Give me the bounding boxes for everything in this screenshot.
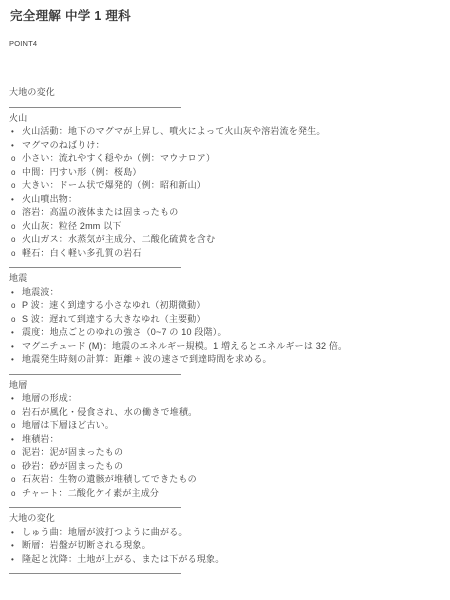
bullet-marker: o: [9, 206, 22, 220]
list-item: o 大きい：ドーム状で爆発的（例：昭和新山）: [9, 179, 436, 193]
document-title: 完全理解 中学 1 理科: [10, 9, 436, 24]
section-heading: 地震: [9, 272, 436, 286]
bullet-marker: o: [9, 313, 22, 327]
list-item-text: 大きい：ドーム状で爆発的（例：昭和新山）: [22, 179, 436, 193]
section-divider: [9, 107, 181, 108]
section-heading: 地層: [9, 379, 436, 393]
list-item: o 砂岩：砂が固まったもの: [9, 460, 436, 474]
list-item-text: 軽石：白く軽い多孔質の岩石: [22, 247, 436, 261]
list-item-text: チャート：二酸化ケイ素が主成分: [22, 487, 436, 501]
list-item: • 地震発生時刻の計算：距離 ÷ 波の速さで到達時間を求める。: [9, 353, 436, 367]
list-item: o P 波：速く到達する小さなゆれ（初期微動）: [9, 299, 436, 313]
bullet-marker: •: [9, 433, 22, 447]
section-list: • 地層の形成： o 岩石が風化・侵食され、水の働きで堆積。 o 地層は下層ほど…: [9, 392, 436, 500]
list-item: • 火山活動：地下のマグマが上昇し、噴火によって火山灰や溶岩流を発生。: [9, 125, 436, 139]
list-item-text: 火山噴出物：: [22, 193, 436, 207]
list-item-text: P 波：速く到達する小さなゆれ（初期微動）: [22, 299, 436, 313]
section-heading: 大地の変化: [9, 512, 436, 526]
list-item-text: 震度：地点ごとのゆれの強さ（0~7 の 10 段階）。: [22, 326, 436, 340]
list-item-text: しゅう曲：地層が波打つように曲がる。: [22, 526, 436, 540]
list-item-text: マグマのねばりけ：: [22, 139, 436, 153]
list-item: o 小さい：流れやすく穏やか（例：マウナロア）: [9, 152, 436, 166]
list-item-text: S 波：遅れて到達する大きなゆれ（主要動）: [22, 313, 436, 327]
section-list: • しゅう曲：地層が波打つように曲がる。 • 断層：岩盤が切断される現象。 • …: [9, 526, 436, 567]
bullet-marker: •: [9, 553, 22, 567]
section-divider: [9, 267, 181, 268]
section-list: • 地震波： o P 波：速く到達する小さなゆれ（初期微動） o S 波：遅れて…: [9, 286, 436, 367]
section-divider: [9, 374, 181, 375]
list-item: o 火山灰：粒径 2mm 以下: [9, 220, 436, 234]
list-item-text: 地震発生時刻の計算：距離 ÷ 波の速さで到達時間を求める。: [22, 353, 436, 367]
bullet-marker: o: [9, 233, 22, 247]
section: 地震 • 地震波： o P 波：速く到達する小さなゆれ（初期微動） o S 波：…: [9, 272, 436, 375]
bullet-marker: o: [9, 220, 22, 234]
list-item-text: 岩石が風化・侵食され、水の働きで堆積。: [22, 406, 436, 420]
list-item-text: 堆積岩：: [22, 433, 436, 447]
bullet-marker: o: [9, 446, 22, 460]
bullet-marker: o: [9, 419, 22, 433]
bullet-marker: o: [9, 179, 22, 193]
bullet-marker: •: [9, 526, 22, 540]
list-item: • 地層の形成：: [9, 392, 436, 406]
list-item-text: 隆起と沈降：土地が上がる、または下がる現象。: [22, 553, 436, 567]
list-item: • 火山噴出物：: [9, 193, 436, 207]
list-item: • 地震波：: [9, 286, 436, 300]
list-item-text: 火山ガス：水蒸気が主成分、二酸化硫黄を含む: [22, 233, 436, 247]
list-item: o 泥岩：泥が固まったもの: [9, 446, 436, 460]
list-item-text: 中間：円すい形（例：桜島）: [22, 166, 436, 180]
bullet-marker: •: [9, 353, 22, 367]
bullet-marker: o: [9, 406, 22, 420]
section-list: • 火山活動：地下のマグマが上昇し、噴火によって火山灰や溶岩流を発生。 • マグ…: [9, 125, 436, 260]
section-divider: [9, 573, 181, 574]
bullet-marker: •: [9, 193, 22, 207]
bullet-marker: o: [9, 473, 22, 487]
list-item-text: マグニチュード (M)：地震のエネルギー規模。1 増えるとエネルギーは 32 倍…: [22, 340, 436, 354]
list-item-text: 断層：岩盤が切断される現象。: [22, 539, 436, 553]
list-item-text: 泥岩：泥が固まったもの: [22, 446, 436, 460]
list-item: o 地層は下層ほど古い。: [9, 419, 436, 433]
list-item: • 震度：地点ごとのゆれの強さ（0~7 の 10 段階）。: [9, 326, 436, 340]
bullet-marker: o: [9, 166, 22, 180]
bullet-marker: o: [9, 247, 22, 261]
list-item: • マグマのねばりけ：: [9, 139, 436, 153]
bullet-marker: •: [9, 326, 22, 340]
bullet-marker: o: [9, 460, 22, 474]
bullet-marker: •: [9, 392, 22, 406]
bullet-marker: •: [9, 125, 22, 139]
section-divider: [9, 507, 181, 508]
section-heading: 大地の変化: [9, 86, 436, 100]
bullet-marker: •: [9, 539, 22, 553]
list-item: • マグニチュード (M)：地震のエネルギー規模。1 増えるとエネルギーは 32…: [9, 340, 436, 354]
list-item-text: 溶岩：高温の液体または固まったもの: [22, 206, 436, 220]
list-item: o チャート：二酸化ケイ素が主成分: [9, 487, 436, 501]
list-item: o 石灰岩：生物の遺骸が堆積してできたもの: [9, 473, 436, 487]
list-item: • 断層：岩盤が切断される現象。: [9, 539, 436, 553]
list-item-text: 砂岩：砂が固まったもの: [22, 460, 436, 474]
bullet-marker: o: [9, 487, 22, 501]
bullet-marker: o: [9, 152, 22, 166]
list-item-text: 火山灰：粒径 2mm 以下: [22, 220, 436, 234]
bullet-marker: o: [9, 299, 22, 313]
list-item-text: 地層の形成：: [22, 392, 436, 406]
section: 地層 • 地層の形成： o 岩石が風化・侵食され、水の働きで堆積。 o 地層は下…: [9, 379, 436, 509]
section-heading: 火山: [9, 112, 436, 126]
section: 大地の変化: [9, 86, 436, 108]
bullet-marker: •: [9, 139, 22, 153]
list-item: • 堆積岩：: [9, 433, 436, 447]
list-item: • 隆起と沈降：土地が上がる、または下がる現象。: [9, 553, 436, 567]
document-body: 大地の変化 火山 • 火山活動：地下のマグマが上昇し、噴火によって火山灰や溶岩流…: [9, 86, 436, 574]
list-item-text: 石灰岩：生物の遺骸が堆積してできたもの: [22, 473, 436, 487]
bullet-marker: •: [9, 340, 22, 354]
list-item: o 軽石：白く軽い多孔質の岩石: [9, 247, 436, 261]
section: 火山 • 火山活動：地下のマグマが上昇し、噴火によって火山灰や溶岩流を発生。 •…: [9, 112, 436, 269]
list-item-text: 火山活動：地下のマグマが上昇し、噴火によって火山灰や溶岩流を発生。: [22, 125, 436, 139]
list-item: o 岩石が風化・侵食され、水の働きで堆積。: [9, 406, 436, 420]
bullet-marker: •: [9, 286, 22, 300]
document-page: 完全理解 中学 1 理科 POINT4 大地の変化 火山 • 火山活動：地下のマ…: [0, 0, 450, 600]
list-item: o S 波：遅れて到達する大きなゆれ（主要動）: [9, 313, 436, 327]
list-item: • しゅう曲：地層が波打つように曲がる。: [9, 526, 436, 540]
list-item: o 中間：円すい形（例：桜島）: [9, 166, 436, 180]
list-item: o 溶岩：高温の液体または固まったもの: [9, 206, 436, 220]
section: 大地の変化 • しゅう曲：地層が波打つように曲がる。 • 断層：岩盤が切断される…: [9, 512, 436, 574]
list-item-text: 地震波：: [22, 286, 436, 300]
list-item-text: 地層は下層ほど古い。: [22, 419, 436, 433]
list-item-text: 小さい：流れやすく穏やか（例：マウナロア）: [22, 152, 436, 166]
point-label: POINT4: [9, 39, 436, 48]
list-item: o 火山ガス：水蒸気が主成分、二酸化硫黄を含む: [9, 233, 436, 247]
